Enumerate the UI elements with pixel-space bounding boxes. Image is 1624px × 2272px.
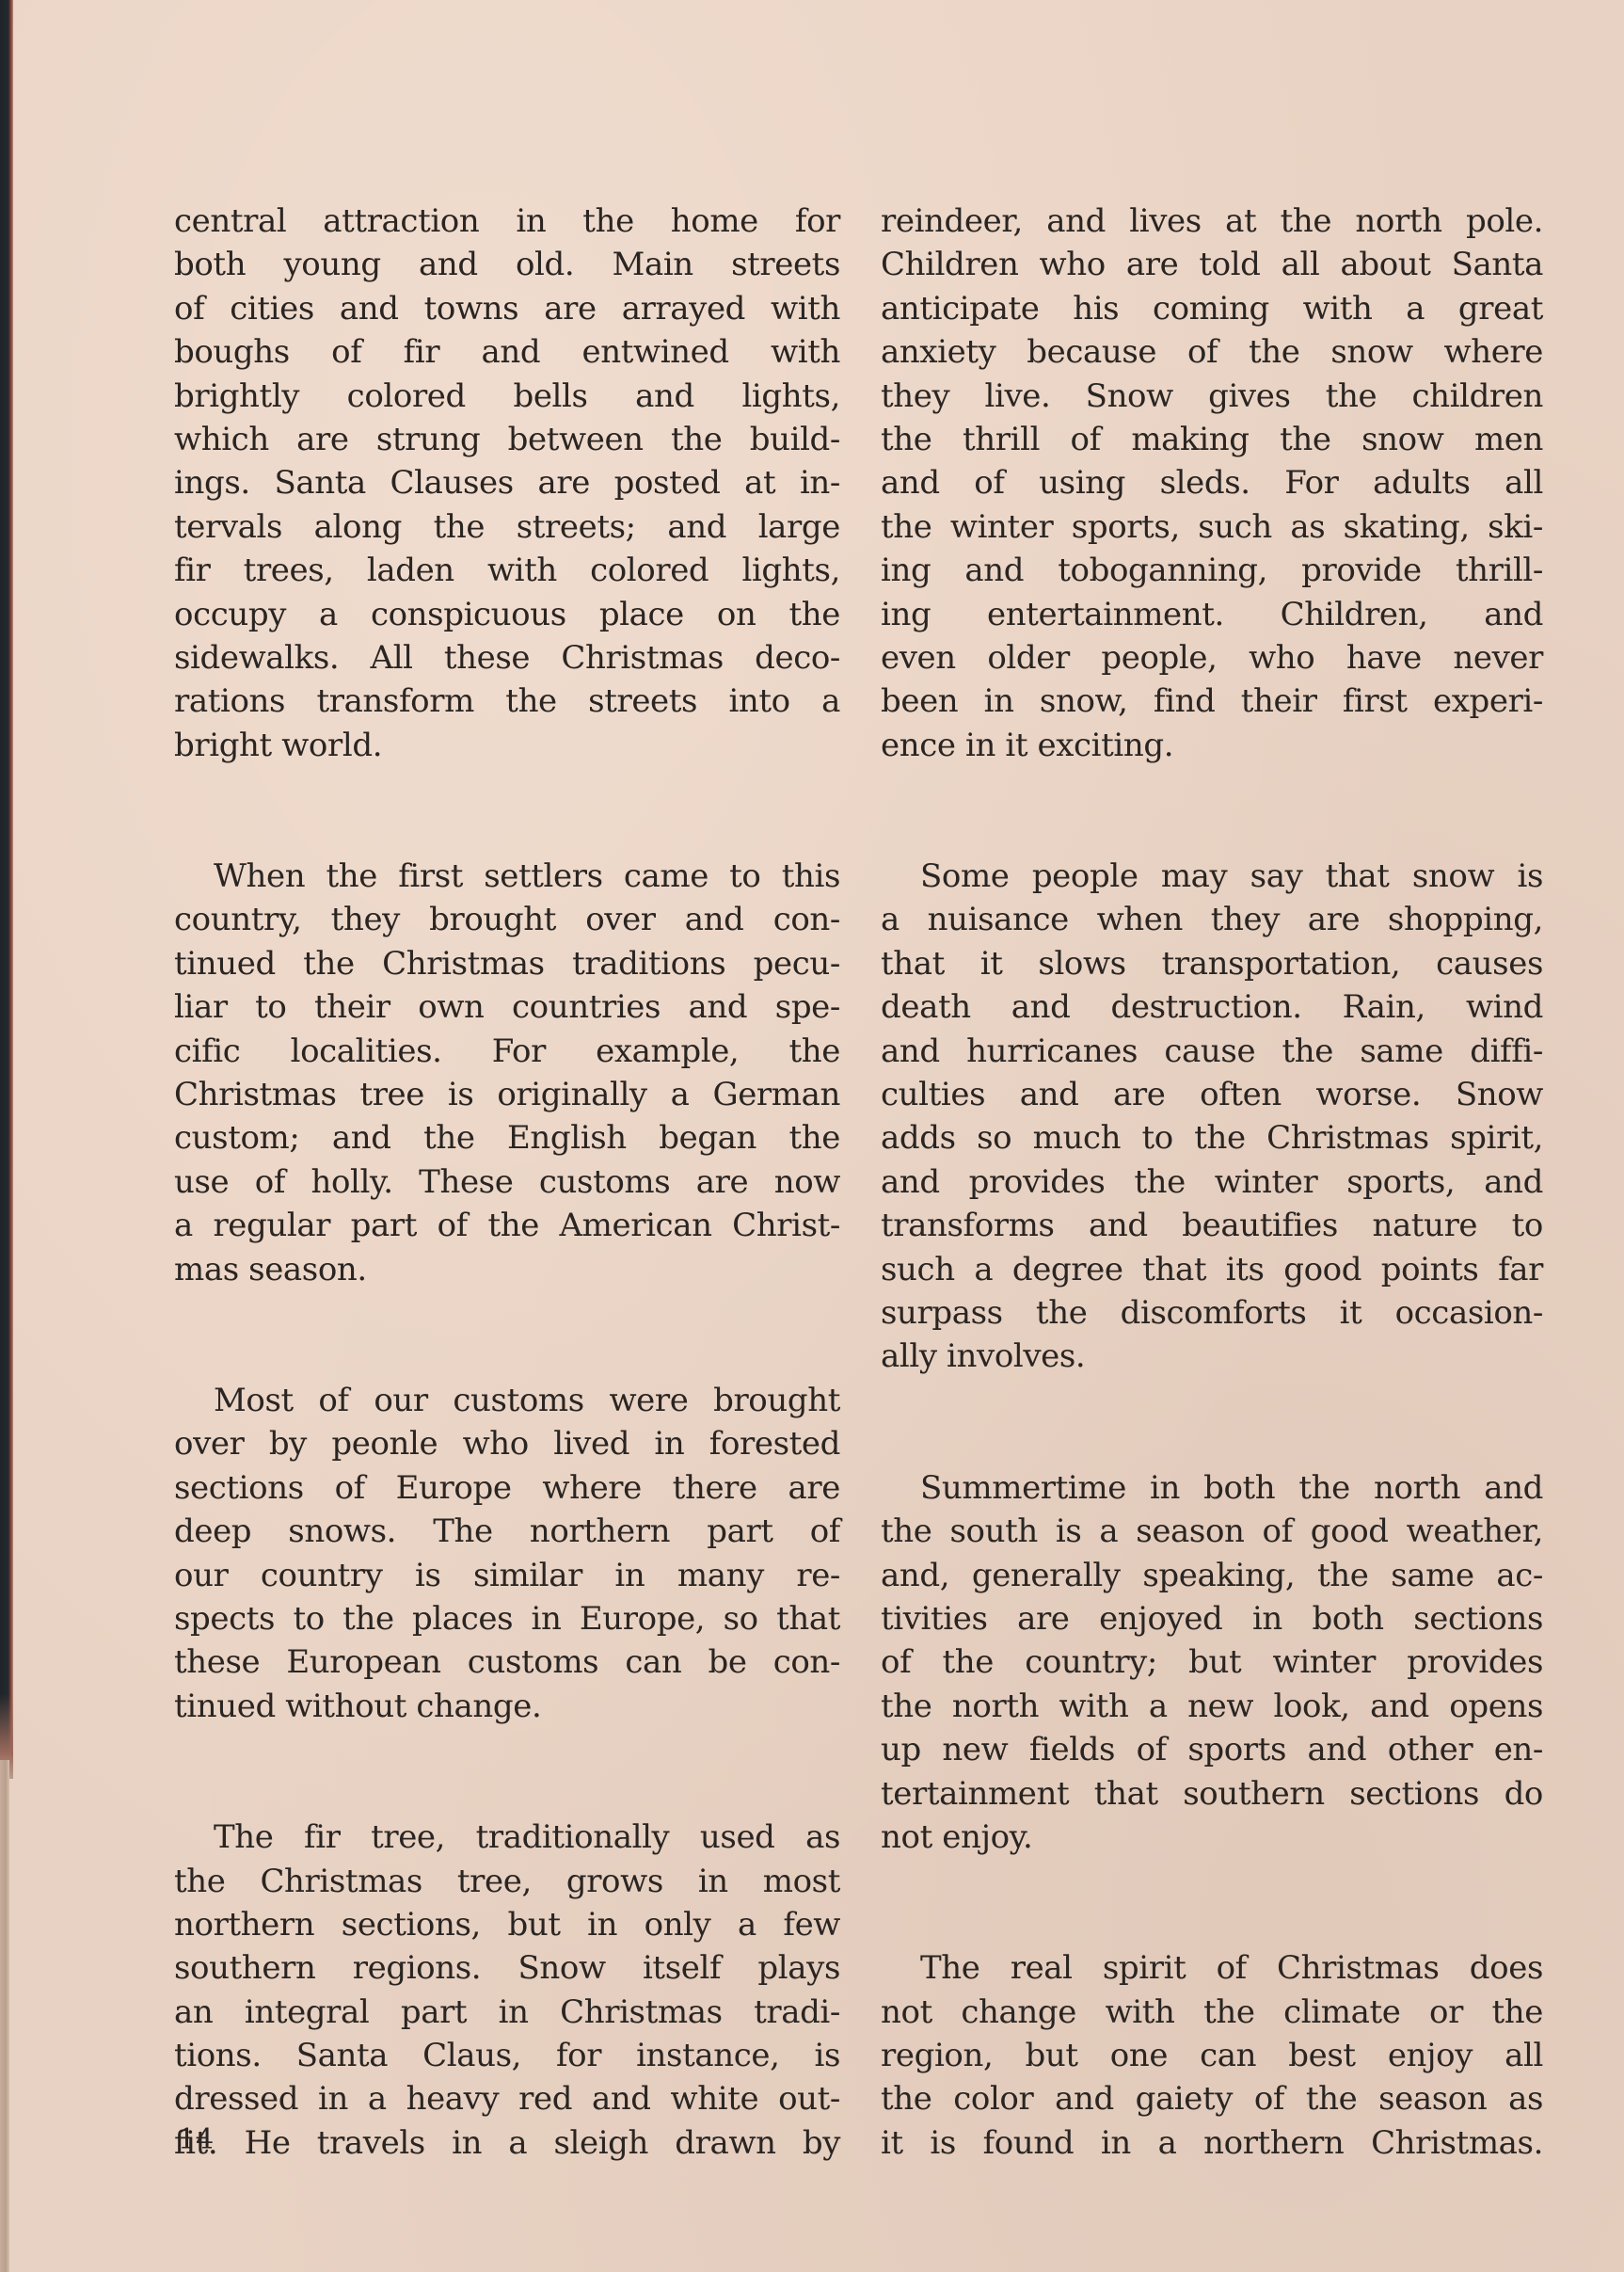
- paragraph-spacer: [881, 1859, 1543, 1946]
- paragraph-right-2: Some people may say that snow is a nuisa…: [881, 855, 1543, 1379]
- text-line: deep snows. The northern part of: [174, 1510, 840, 1553]
- text-line: an integral part in Christmas tradi-: [174, 1991, 840, 2034]
- text-line: occupy a conspicuous place on the: [174, 593, 840, 636]
- text-line: tertainment that southern sections do: [881, 1772, 1543, 1816]
- text-line: ings. Santa Clauses are posted at in-: [174, 461, 840, 504]
- text-line: custom; and the English began the: [174, 1116, 840, 1160]
- paragraph-spacer: [174, 767, 840, 855]
- text-line: reindeer, and lives at the north pole.: [881, 200, 1543, 243]
- text-line: our country is similar in many re-: [174, 1554, 840, 1597]
- text-line: rations transform the streets into a: [174, 680, 840, 723]
- text-line: central attraction in the home for: [174, 200, 840, 243]
- text-line: the winter sports, such as skating, ski-: [881, 505, 1543, 549]
- text-line: and of using sleds. For adults all: [881, 461, 1543, 504]
- text-line: fir trees, laden with colored lights,: [174, 549, 840, 592]
- text-line: Summertime in both the north and: [881, 1466, 1543, 1510]
- text-line: surpass the discomforts it occasion-: [881, 1291, 1543, 1335]
- text-line: region, but one can best enjoy all: [881, 2034, 1543, 2077]
- text-line: adds so much to the Christmas spirit,: [881, 1116, 1543, 1160]
- text-line: which are strung between the build-: [174, 418, 840, 461]
- paragraph-left-2: When the first settlers came to this cou…: [174, 855, 840, 1291]
- text-line: The real spirit of Christmas does: [881, 1946, 1543, 1990]
- text-line: culties and are often worse. Snow: [881, 1073, 1543, 1116]
- text-line: sidewalks. All these Christmas deco-: [174, 636, 840, 680]
- text-line: ing entertainment. Children, and: [881, 593, 1543, 636]
- text-line: of the country; but winter provides: [881, 1640, 1543, 1684]
- paragraph-spacer: [881, 767, 1543, 855]
- text-line: Most of our customs were brought: [174, 1379, 840, 1422]
- text-line: use of holly. These customs are now: [174, 1160, 840, 1204]
- text-line: sections of Europe where there are: [174, 1466, 840, 1510]
- text-line: such a degree that its good points far: [881, 1248, 1543, 1291]
- text-line: been in snow, find their first experi-: [881, 680, 1543, 723]
- text-line: even older people, who have never: [881, 636, 1543, 680]
- text-line: a regular part of the American Christ-: [174, 1204, 840, 1247]
- paragraph-right-4: The real spirit of Christmas does not ch…: [881, 1946, 1543, 2165]
- text-line: mas season.: [174, 1248, 840, 1291]
- text-line: ence in it exciting.: [881, 724, 1543, 767]
- text-line: they live. Snow gives the children: [881, 375, 1543, 418]
- text-line: boughs of fir and entwined with: [174, 330, 840, 374]
- text-line: northern sections, but in only a few: [174, 1903, 840, 1946]
- text-line: anticipate his coming with a great: [881, 287, 1543, 330]
- text-line: Children who are told all about Santa: [881, 243, 1543, 286]
- binding-edge-lower: [0, 1760, 9, 2272]
- text-line: tinued the Christmas traditions pecu-: [174, 942, 840, 985]
- text-line: and hurricanes cause the same diffi-: [881, 1030, 1543, 1073]
- text-line: not enjoy.: [881, 1816, 1543, 1859]
- text-line: ally involves.: [881, 1335, 1543, 1378]
- paragraph-left-3: Most of our customs were brought over by…: [174, 1379, 840, 1728]
- paragraph-spacer: [174, 1728, 840, 1816]
- text-line: that it slows transportation, causes: [881, 942, 1543, 985]
- text-line: country, they brought over and con-: [174, 898, 840, 941]
- text-line: not change with the climate or the: [881, 1991, 1543, 2034]
- text-line: When the first settlers came to this: [174, 855, 840, 898]
- text-line: tervals along the streets; and large: [174, 505, 840, 549]
- text-line: transforms and beautifies nature to: [881, 1204, 1543, 1247]
- text-line: both young and old. Main streets: [174, 243, 840, 286]
- text-line: Christmas tree is originally a German: [174, 1073, 840, 1116]
- text-line: the color and gaiety of the season as: [881, 2077, 1543, 2120]
- text-line: and, generally speaking, the same ac-: [881, 1554, 1543, 1597]
- text-line: over by peonle who lived in forested: [174, 1422, 840, 1465]
- text-line: bright world.: [174, 724, 840, 767]
- paragraph-left-4: The fir tree, traditionally used as the …: [174, 1816, 840, 2165]
- text-line: fit. He travels in a sleigh drawn by: [174, 2121, 840, 2165]
- text-line: anxiety because of the snow where: [881, 330, 1543, 374]
- text-line: the thrill of making the snow men: [881, 418, 1543, 461]
- text-line: tinued without change.: [174, 1685, 840, 1728]
- text-line: tions. Santa Claus, for instance, is: [174, 2034, 840, 2077]
- right-column: reindeer, and lives at the north pole. C…: [881, 200, 1543, 2165]
- text-line: of cities and towns are arrayed with: [174, 287, 840, 330]
- text-line: and provides the winter sports, and: [881, 1160, 1543, 1204]
- text-line: the Christmas tree, grows in most: [174, 1860, 840, 1903]
- text-line: ing and toboganning, provide thrill-: [881, 549, 1543, 592]
- text-line: cific localities. For example, the: [174, 1030, 840, 1073]
- binding-edge: [0, 0, 13, 1760]
- text-line: death and destruction. Rain, wind: [881, 985, 1543, 1029]
- text-line: the north with a new look, and opens: [881, 1685, 1543, 1728]
- paragraph-left-1: central attraction in the home for both …: [174, 200, 840, 767]
- text-line: tivities are enjoyed in both sections: [881, 1597, 1543, 1640]
- scanned-page: central attraction in the home for both …: [0, 0, 1624, 2272]
- text-line: southern regions. Snow itself plays: [174, 1946, 840, 1990]
- text-line: The fir tree, traditionally used as: [174, 1816, 840, 1859]
- text-line: liar to their own countries and spe-: [174, 985, 840, 1029]
- text-line: these European customs can be con-: [174, 1640, 840, 1684]
- paragraph-spacer: [174, 1291, 840, 1379]
- page-number: 14: [178, 2123, 214, 2156]
- text-line: Some people may say that snow is: [881, 855, 1543, 898]
- paragraph-right-3: Summertime in both the north and the sou…: [881, 1466, 1543, 1860]
- left-column: central attraction in the home for both …: [174, 200, 840, 2165]
- text-line: dressed in a heavy red and white out-: [174, 2077, 840, 2120]
- text-line: the south is a season of good weather,: [881, 1510, 1543, 1553]
- text-line: it is found in a northern Christmas.: [881, 2121, 1543, 2165]
- paragraph-right-1: reindeer, and lives at the north pole. C…: [881, 200, 1543, 767]
- text-line: spects to the places in Europe, so that: [174, 1597, 840, 1640]
- paragraph-spacer: [881, 1379, 1543, 1466]
- text-line: a nuisance when they are shopping,: [881, 898, 1543, 941]
- text-line: brightly colored bells and lights,: [174, 375, 840, 418]
- text-line: up new fields of sports and other en-: [881, 1728, 1543, 1771]
